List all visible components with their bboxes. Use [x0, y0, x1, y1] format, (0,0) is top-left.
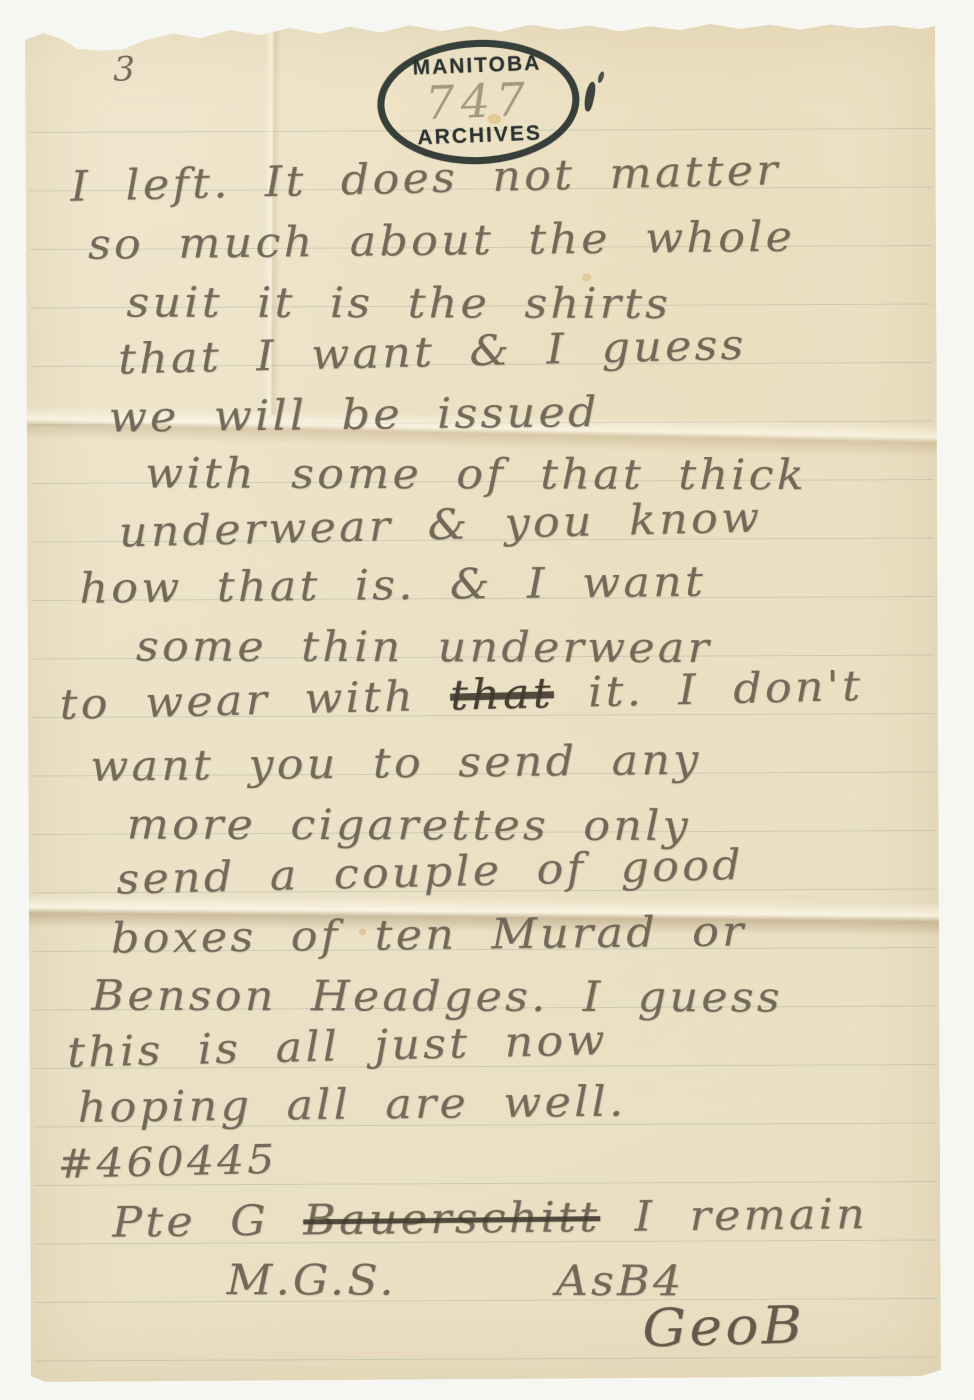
signature: GeoB — [642, 1299, 806, 1355]
handwritten-line: Benson Headges. I guess — [91, 975, 783, 1019]
handwritten-line: want you to send any — [90, 739, 702, 788]
scratched-out-word: that — [449, 668, 554, 719]
handwritten-line-with-strikeout: to wear with that it. I don't — [59, 665, 864, 726]
handwritten-line: this is all just now — [67, 1019, 608, 1074]
unit-line: M.G.S.AsB4 — [227, 1259, 685, 1302]
handwritten-line: hoping all are well. — [77, 1081, 626, 1129]
scanned-letter-image: 3 MANITOBA 747 ARCHIVES I left. It does … — [0, 0, 974, 1400]
letter-page: 3 MANITOBA 747 ARCHIVES I left. It does … — [25, 20, 941, 1382]
line-text: Pte G — [112, 1195, 304, 1246]
line-text: it. I don't — [553, 661, 864, 717]
signoff-line-with-strikeout: Pte G Bauerschitt I remain — [112, 1193, 868, 1244]
crossed-out-name: Bauerschitt — [303, 1192, 601, 1244]
archives-stamp: MANITOBA 747 ARCHIVES — [375, 36, 582, 168]
line-text: I remain — [600, 1189, 868, 1241]
handwritten-line: how that is. & I want — [79, 561, 706, 610]
handwritten-line: boxes of ten Murad or — [111, 910, 747, 959]
handwritten-line: we will be issued — [108, 391, 599, 439]
handwritten-line: some thin underwear — [136, 626, 712, 670]
handwritten-line: so much about the whole — [88, 216, 796, 266]
handwritten-line: with some of that thick — [145, 452, 807, 496]
handwritten-line: more cigarettes only — [127, 804, 691, 847]
handwritten-line: underwear & you know — [118, 496, 762, 553]
unit-abbreviation: M.G.S. — [227, 1255, 397, 1304]
ink-mark — [597, 71, 605, 84]
ink-mark — [582, 81, 597, 112]
handwritten-line: send a couple of good — [116, 844, 744, 901]
handwritten-line: I left. It does not matter — [70, 149, 781, 208]
handwritten-line: suit it is the shirts — [126, 282, 671, 325]
page-number: 3 — [113, 50, 135, 90]
service-number: #460445 — [57, 1140, 278, 1185]
handwritten-line: that I want & I guess — [118, 324, 747, 381]
line-text: to wear with — [59, 671, 451, 729]
